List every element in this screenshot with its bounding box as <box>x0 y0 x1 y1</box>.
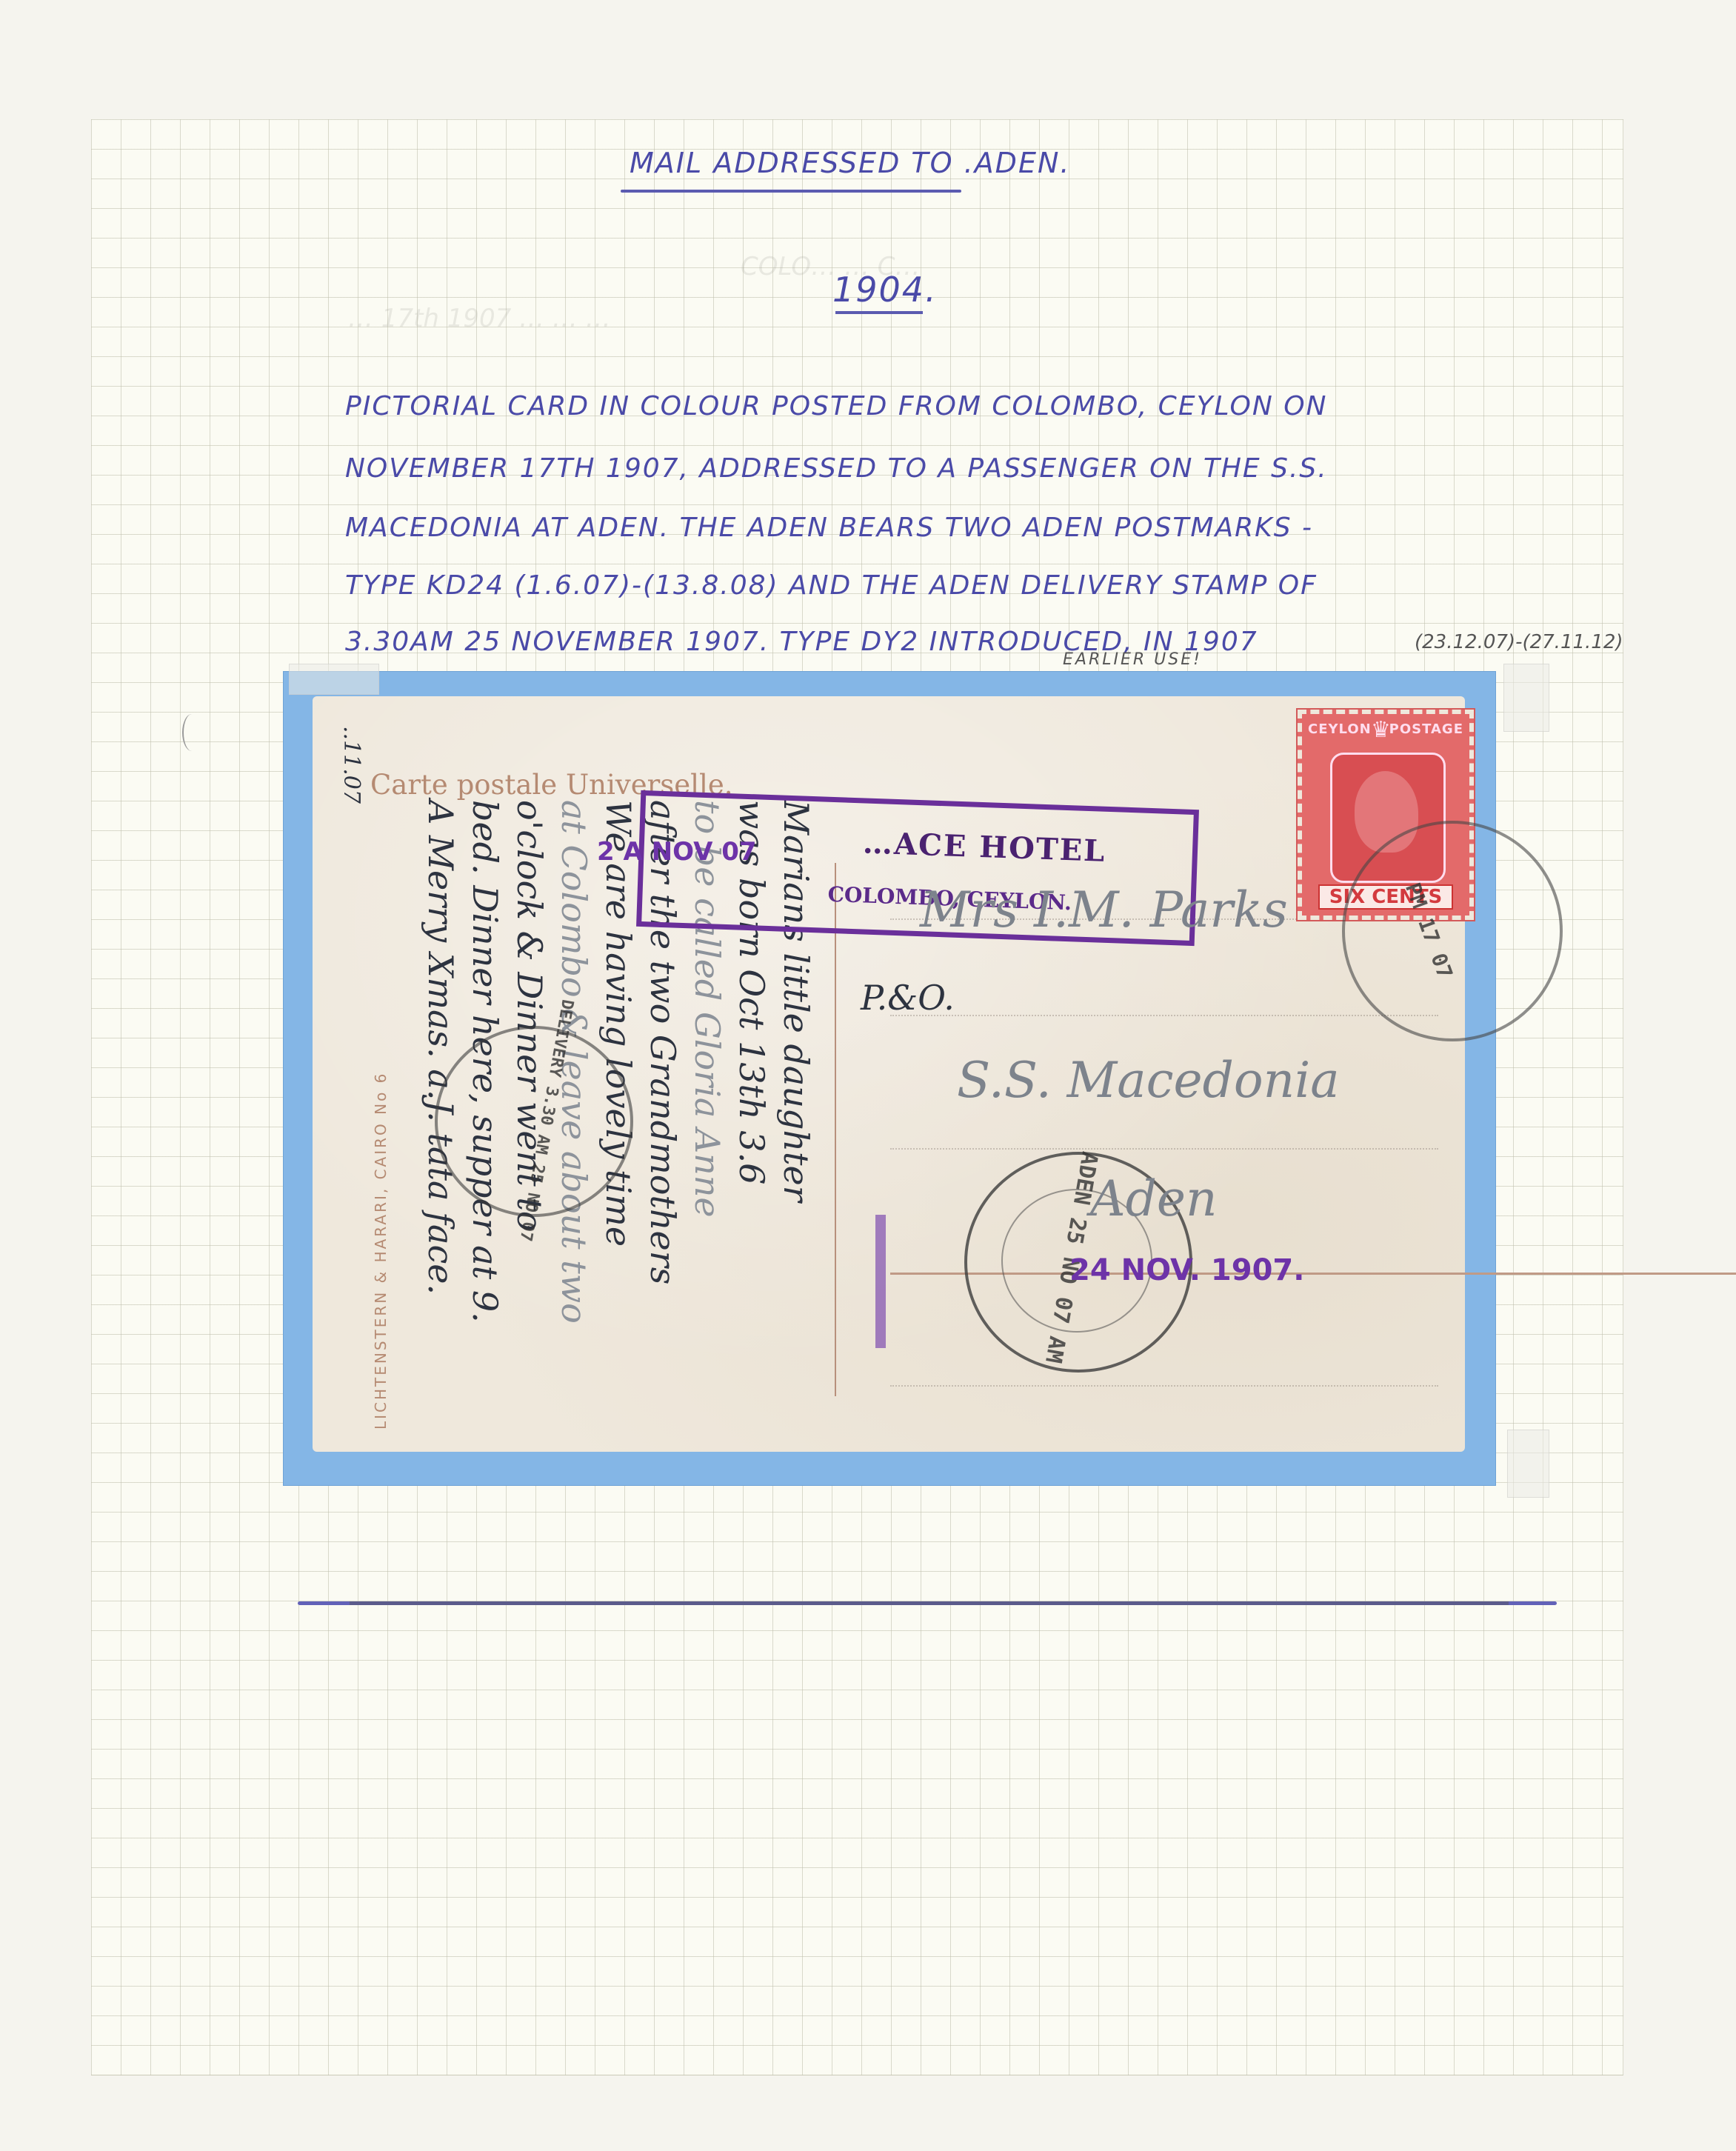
pencil-note-dates: (23.12.07)-(27.11.12) <box>1415 631 1623 653</box>
postcard: Carte postale Universelle. LICHTENSTERN … <box>313 696 1465 1452</box>
address-dotted-line <box>890 1385 1438 1387</box>
description-line: NOVEMBER 17TH 1907, ADDRESSED TO A PASSE… <box>345 453 1328 484</box>
hinge-tape <box>1503 664 1549 732</box>
hinge-tape <box>289 664 379 695</box>
title-underline <box>621 190 961 193</box>
description-line: TYPE KD24 (1.6.07)-(13.8.08) AND THE ADE… <box>345 570 1318 601</box>
hinge-tape <box>1507 1430 1549 1498</box>
crown-icon: ♛ <box>1371 717 1391 743</box>
year-heading: 1904. <box>832 270 938 310</box>
pencil-note-earlier-use: EARLIER USE! <box>1063 650 1202 669</box>
arrival-handstamp: 24 NOV. 1907. <box>1069 1253 1304 1287</box>
margin-pencil-mark <box>182 714 201 751</box>
route-note: P.&O. <box>861 978 955 1018</box>
stamp-label: POSTAGE <box>1389 721 1463 737</box>
page-title: MAIL ADDRESSED TO .ADEN. <box>630 147 1070 179</box>
address-dotted-line <box>890 1015 1438 1016</box>
hotel-name: …ACE HOTEL <box>862 825 1106 868</box>
printer-imprint: LICHTENSTERN & HARARI, CAIRO No 6 <box>372 1072 390 1430</box>
description-line: MACEDONIA AT ADEN. THE ADEN BEARS TWO AD… <box>345 513 1313 543</box>
message-line: A Merry Xmas. a.J. tata face. <box>421 800 461 1295</box>
card-divider-line <box>835 863 836 1396</box>
stamp-country: CEYLON <box>1308 721 1372 737</box>
year-underline <box>835 311 923 314</box>
address-line-port: Aden <box>1090 1170 1217 1227</box>
cachet-date: 2 A NOV 07 <box>597 837 757 867</box>
description-line: PICTORIAL CARD IN COLOUR POSTED FROM COL… <box>345 391 1327 421</box>
address-line-ship: S.S. Macedonia <box>957 1052 1340 1109</box>
show-through-text: … 17th 1907 … … … <box>348 304 611 333</box>
colombo-postmark <box>1342 821 1563 1041</box>
address-dotted-line <box>890 1148 1438 1150</box>
purple-smudge-mark <box>875 1215 886 1348</box>
address-line-name: Mrs I.M. Parks <box>920 881 1288 938</box>
margin-date-note: ..11.07 <box>338 726 364 804</box>
bottom-divider-rule <box>298 1601 1557 1605</box>
